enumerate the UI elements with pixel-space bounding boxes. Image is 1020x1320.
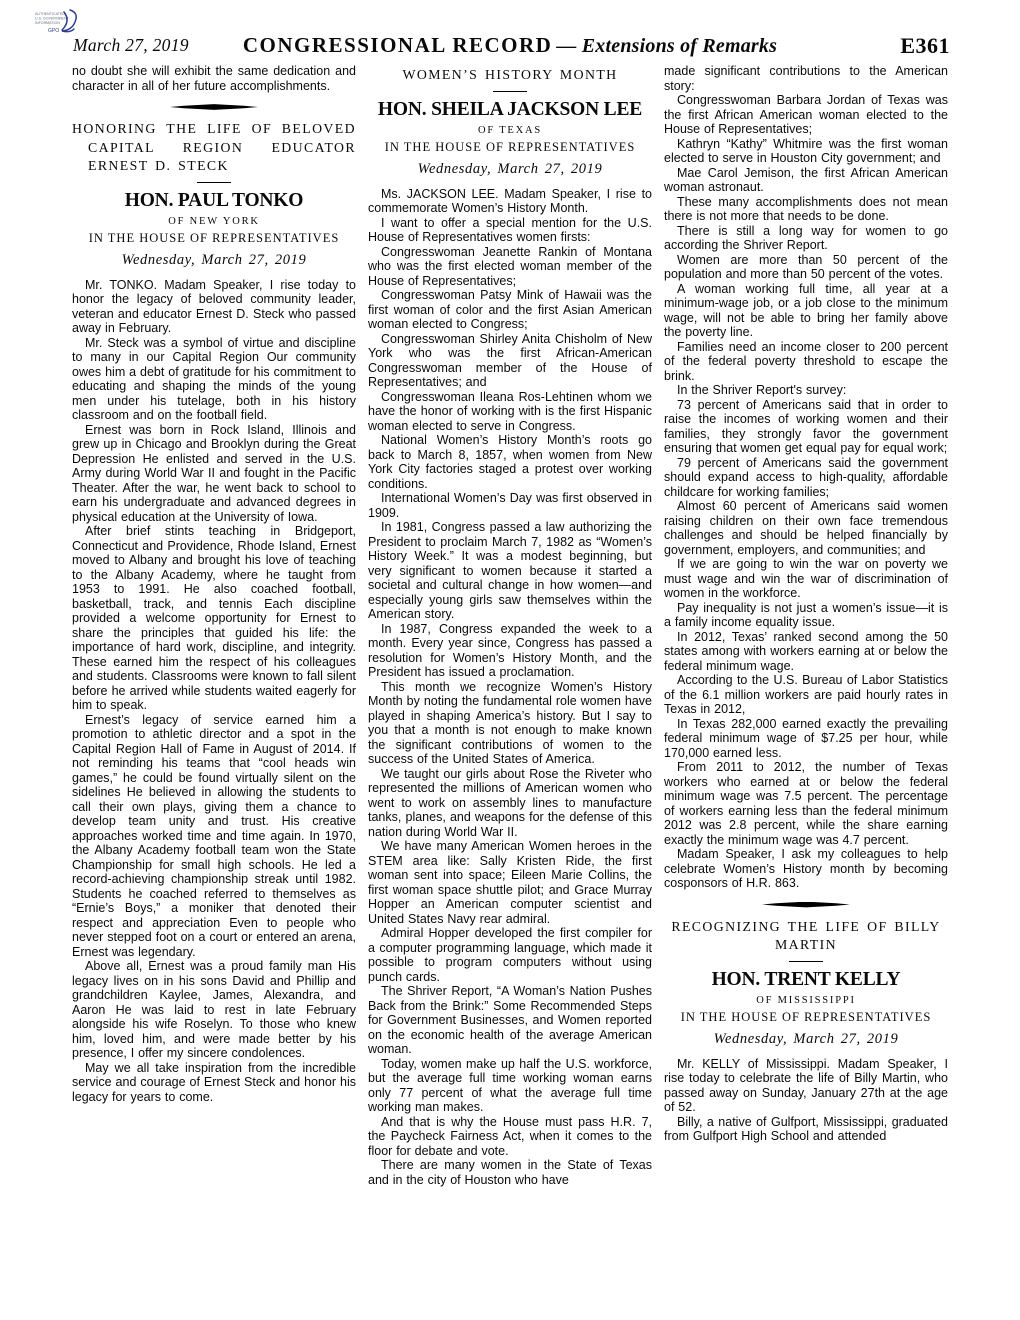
speech-paragraph: Mae Carol Jemison, the first African Ame… bbox=[664, 166, 948, 195]
speech-paragraph: Ernest was born in Rock Island, Illinois… bbox=[72, 423, 356, 525]
heading-rule bbox=[493, 91, 527, 92]
chamber-line: IN THE HOUSE OF REPRESENTATIVES bbox=[72, 231, 356, 246]
column-2: WOMEN’S HISTORY MONTH HON. SHEILA JACKSO… bbox=[368, 64, 652, 1294]
speech-body-kelly: Mr. KELLY of Mississippi. Madam Speaker,… bbox=[664, 1057, 948, 1144]
speaker-name-kelly: HON. TRENT KELLY bbox=[664, 969, 948, 990]
continuation-paragraph: no doubt she will exhibit the same dedic… bbox=[72, 64, 356, 93]
text-columns: no doubt she will exhibit the same dedic… bbox=[72, 64, 948, 1294]
speech-paragraph: A woman working full time, all year at a… bbox=[664, 282, 948, 340]
speech-paragraph: In the Shriver Report's survey: bbox=[664, 383, 948, 398]
speech-body-jackson-lee-continued: made significant contributions to the Am… bbox=[664, 64, 948, 891]
column-3: made significant contributions to the Am… bbox=[664, 64, 948, 1294]
header-subtitle: — Extensions of Remarks bbox=[556, 35, 777, 57]
speech-paragraph: In 2012, Texas’ ranked second among the … bbox=[664, 630, 948, 674]
speech-paragraph: We have many American Women heroes in th… bbox=[368, 839, 652, 926]
speech-paragraph: Admiral Hopper developed the first compi… bbox=[368, 926, 652, 984]
chamber-line: IN THE HOUSE OF REPRESENTATIVES bbox=[368, 140, 652, 155]
header-title: CONGRESSIONAL RECORD bbox=[243, 33, 552, 57]
session-date: Wednesday, March 27, 2019 bbox=[72, 252, 356, 269]
speaker-name-tonko: HON. PAUL TONKO bbox=[72, 190, 356, 211]
speech-paragraph: Mr. Steck was a symbol of virtue and dis… bbox=[72, 336, 356, 423]
section-divider bbox=[170, 104, 258, 110]
chamber-line: IN THE HOUSE OF REPRESENTATIVES bbox=[664, 1010, 948, 1025]
speech-paragraph: Above all, Ernest was a proud family man… bbox=[72, 959, 356, 1061]
seal-swoosh bbox=[62, 10, 76, 32]
speech-paragraph: 79 percent of Americans said the governm… bbox=[664, 456, 948, 500]
speech-paragraph: I want to offer a special mention for th… bbox=[368, 216, 652, 245]
speech-paragraph: We taught our girls about Rose the Rivet… bbox=[368, 767, 652, 840]
heading-rule bbox=[197, 182, 231, 183]
section-heading-billy-martin: RECOGNIZING THE LIFE OF BILLY MARTIN bbox=[664, 918, 948, 955]
speech-paragraph: Pay inequality is not just a women’s iss… bbox=[664, 601, 948, 630]
speaker-state: OF NEW YORK bbox=[72, 216, 356, 227]
heading-rule bbox=[789, 961, 823, 962]
speaker-state: OF MISSISSIPPI bbox=[664, 995, 948, 1006]
speech-paragraph: In 1987, Congress expanded the week to a… bbox=[368, 622, 652, 680]
speech-paragraph: International Women’s Day was first obse… bbox=[368, 491, 652, 520]
speech-paragraph: Almost 60 percent of Americans said wome… bbox=[664, 499, 948, 557]
session-date: Wednesday, March 27, 2019 bbox=[368, 161, 652, 178]
seal-caption-line: INFORMATION bbox=[35, 21, 60, 25]
speech-paragraph: National Women’s History Month’s roots g… bbox=[368, 433, 652, 491]
speech-paragraph: Billy, a native of Gulfport, Mississippi… bbox=[664, 1115, 948, 1144]
speech-paragraph: 73 percent of Americans said that in ord… bbox=[664, 398, 948, 456]
column-1: no doubt she will exhibit the same dedic… bbox=[72, 64, 356, 1294]
speech-paragraph: Kathryn “Kathy” Whitmire was the first w… bbox=[664, 137, 948, 166]
section-divider bbox=[762, 902, 850, 908]
speech-paragraph: Congresswoman Shirley Anita Chisholm of … bbox=[368, 332, 652, 390]
speech-paragraph: May we all take inspiration from the inc… bbox=[72, 1061, 356, 1105]
speaker-state: OF TEXAS bbox=[368, 125, 652, 136]
speech-paragraph: Mr. TONKO. Madam Speaker, I rise today t… bbox=[72, 278, 356, 336]
speech-paragraph: This month we recognize Women’s History … bbox=[368, 680, 652, 767]
speech-body-tonko: Mr. TONKO. Madam Speaker, I rise today t… bbox=[72, 278, 356, 1105]
speech-paragraph: And that is why the House must pass H.R.… bbox=[368, 1115, 652, 1159]
speech-paragraph: After brief stints teaching in Bridgepor… bbox=[72, 524, 356, 713]
section-heading-steck: HONORING THE LIFE OF BELOVED CAPITAL REG… bbox=[72, 120, 356, 176]
speech-paragraph: If we are going to win the war on povert… bbox=[664, 557, 948, 601]
speech-paragraph: There is still a long way for women to g… bbox=[664, 224, 948, 253]
speech-paragraph: According to the U.S. Bureau of Labor St… bbox=[664, 673, 948, 717]
speech-paragraph: These many accomplishments does not mean… bbox=[664, 195, 948, 224]
speech-paragraph: There are many women in the State of Tex… bbox=[368, 1158, 652, 1187]
session-date: Wednesday, March 27, 2019 bbox=[664, 1031, 948, 1048]
speech-paragraph: Families need an income closer to 200 pe… bbox=[664, 340, 948, 384]
speech-paragraph: made significant contributions to the Am… bbox=[664, 64, 948, 93]
speech-paragraph: The Shriver Report, “A Woman’s Nation Pu… bbox=[368, 984, 652, 1057]
seal-caption-line: AUTHENTICATED bbox=[35, 12, 65, 16]
speech-paragraph: Mr. KELLY of Mississippi. Madam Speaker,… bbox=[664, 1057, 948, 1115]
speech-paragraph: From 2011 to 2012, the number of Texas w… bbox=[664, 760, 948, 847]
speech-paragraph: Congresswoman Barbara Jordan of Texas wa… bbox=[664, 93, 948, 137]
section-heading-womens-history: WOMEN’S HISTORY MONTH bbox=[368, 66, 652, 85]
congressional-record-page: AUTHENTICATED U.S. GOVERNMENT INFORMATIO… bbox=[0, 0, 1020, 1320]
speech-paragraph: Congresswoman Jeanette Rankin of Montana… bbox=[368, 245, 652, 289]
seal-caption-line: U.S. GOVERNMENT bbox=[35, 17, 70, 21]
speech-paragraph: Congresswoman Patsy Mink of Hawaii was t… bbox=[368, 288, 652, 332]
speech-paragraph: In 1981, Congress passed a law authorizi… bbox=[368, 520, 652, 622]
speech-paragraph: Today, women make up half the U.S. workf… bbox=[368, 1057, 652, 1115]
page-header: March 27, 2019 CONGRESSIONAL RECORD — Ex… bbox=[0, 33, 1020, 63]
speech-body-jackson-lee: Ms. JACKSON LEE. Madam Speaker, I rise t… bbox=[368, 187, 652, 1188]
speech-paragraph: In Texas 282,000 earned exactly the prev… bbox=[664, 717, 948, 761]
speaker-name-jackson-lee: HON. SHEILA JACKSON LEE bbox=[368, 99, 652, 120]
header-title-group: CONGRESSIONAL RECORD — Extensions of Rem… bbox=[0, 33, 1020, 58]
speech-paragraph: Madam Speaker, I ask my colleagues to he… bbox=[664, 847, 948, 891]
header-page-number: E361 bbox=[900, 33, 950, 59]
speech-paragraph: Congresswoman Ileana Ros-Lehtinen whom w… bbox=[368, 390, 652, 434]
speech-paragraph: Ms. JACKSON LEE. Madam Speaker, I rise t… bbox=[368, 187, 652, 216]
speech-paragraph: Women are more than 50 percent of the po… bbox=[664, 253, 948, 282]
speech-paragraph: Ernest’s legacy of service earned him a … bbox=[72, 713, 356, 960]
